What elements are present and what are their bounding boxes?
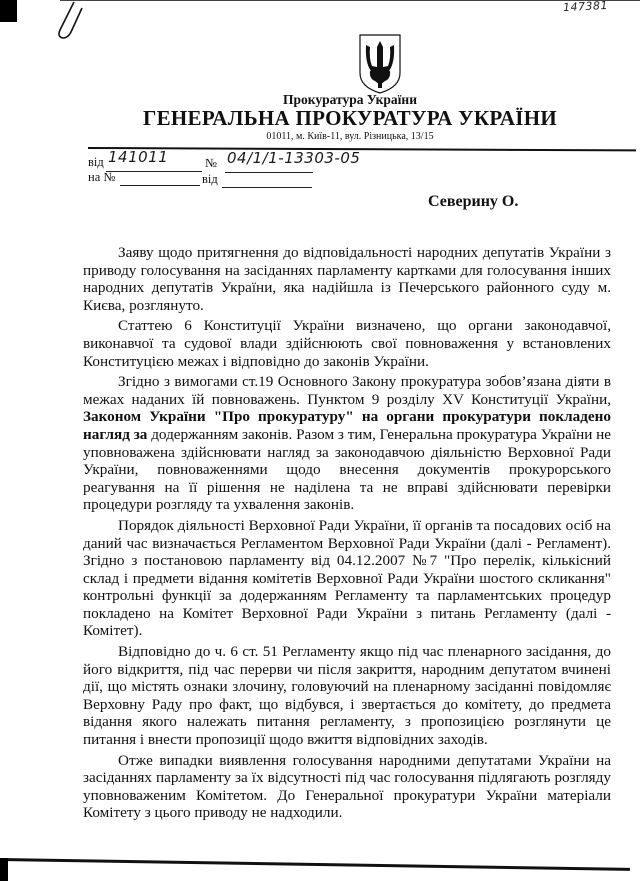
number-label: № — [205, 156, 217, 171]
body-paragraph-text: Згідно з вимогами ст.19 Основного Закону… — [83, 373, 611, 408]
reply-to-underline — [120, 185, 200, 186]
body-paragraph: Отже випадки виявлення голосування народ… — [83, 752, 611, 822]
addressee: Северину О. — [428, 193, 518, 211]
letter-body: Заяву щодо притягнення до відповідальнос… — [83, 244, 611, 825]
body-paragraph: Заяву щодо притягнення до відповідальнос… — [83, 244, 611, 314]
from-date-underline — [106, 171, 202, 172]
scan-corner-artifact — [0, 858, 8, 881]
number-underline — [225, 172, 313, 173]
number-handwritten: 04/1/1-13303-05 — [227, 149, 360, 167]
outgoing-reference-row: від 141011 № 04/1/1-13303-05 на № від — [0, 0, 640, 200]
reply-date-underline — [222, 187, 312, 188]
body-paragraph: Порядок діяльності Верховної Ради Україн… — [83, 517, 611, 640]
from-date-label: від — [88, 155, 104, 170]
body-paragraph: Статтею 6 Конституції України визначено,… — [83, 317, 611, 370]
body-paragraph: Згідно з вимогами ст.19 Основного Закону… — [83, 373, 611, 514]
body-paragraph: Відповідно до ч. 6 ст. 51 Регламенту якщ… — [83, 643, 611, 749]
scan-bottom-edge — [0, 858, 630, 871]
body-paragraph-text: додержанням законів. Разом з тим, Генера… — [83, 426, 611, 513]
reply-date-label: від — [202, 172, 218, 187]
reply-to-label: на № — [88, 170, 115, 185]
from-date-handwritten: 141011 — [108, 148, 168, 166]
